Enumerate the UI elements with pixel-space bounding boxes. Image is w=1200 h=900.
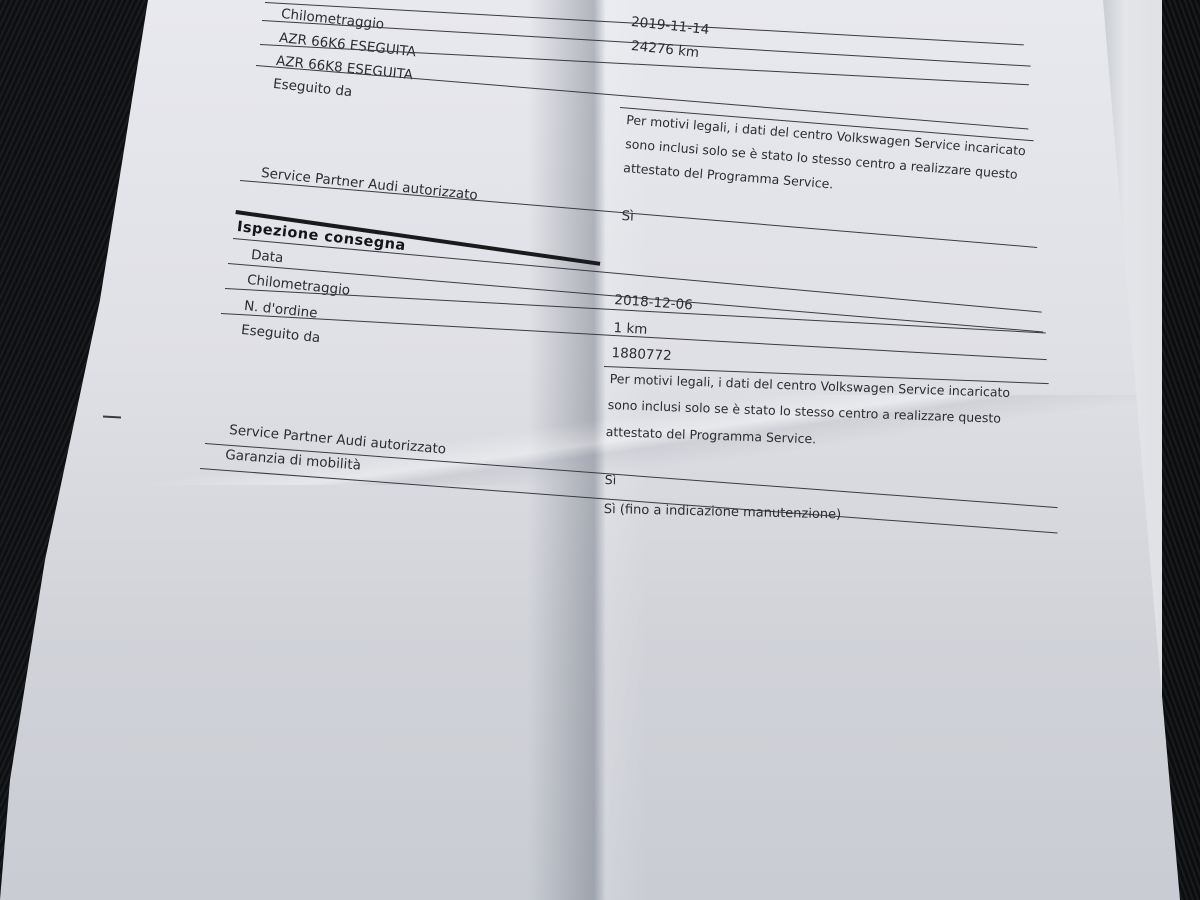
field-label-date: Data bbox=[250, 247, 284, 266]
document-content: Chilometraggio 2019-11-14 AZR 66K6 ESEGU… bbox=[0, 0, 1200, 900]
field-value-service-partner-prev: Sì bbox=[621, 208, 634, 225]
table-rule bbox=[205, 443, 1058, 508]
field-value-order-number: 1880772 bbox=[611, 345, 672, 364]
legal-note-line-3: attestato del Programma Service. bbox=[605, 424, 816, 446]
field-label-mobility-guarantee: Garanzia di mobilità bbox=[225, 447, 362, 474]
field-label-performed-by-prev: Eseguito da bbox=[272, 76, 353, 100]
field-label-mileage-prev: Chilometraggio bbox=[280, 6, 385, 33]
field-label-performed-by: Eseguito da bbox=[240, 322, 321, 346]
table-rule bbox=[200, 468, 1058, 533]
legal-note-line-2: sono inclusi solo se è stato lo stesso c… bbox=[607, 397, 1001, 426]
field-value-mileage-prev: 24276 km bbox=[630, 38, 700, 61]
field-value-date-prev: 2019-11-14 bbox=[630, 14, 710, 38]
margin-mark bbox=[103, 416, 121, 419]
field-value-service-partner: Sì bbox=[605, 472, 617, 487]
field-value-mobility-guarantee: Sì (fino a indicazione manutenzione) bbox=[604, 502, 842, 522]
legal-note-line-1: Per motivi legali, i dati del centro Vol… bbox=[609, 371, 1010, 400]
